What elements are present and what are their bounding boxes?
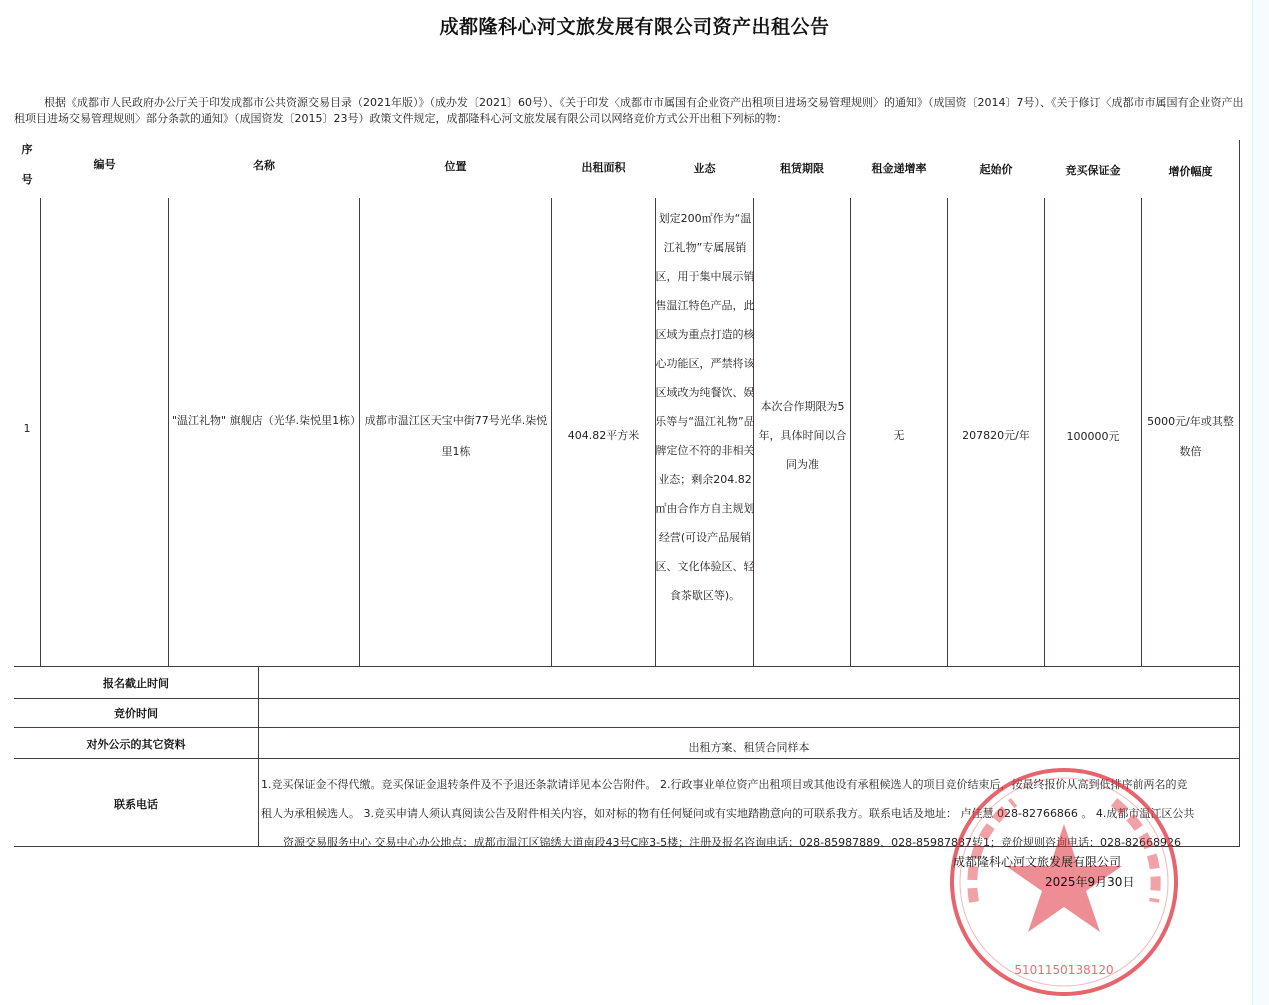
header-rent-increase: 租金递增率 bbox=[851, 160, 947, 176]
cell-seq: 1 bbox=[14, 422, 40, 435]
signature-company: 成都隆科心河文旅发展有限公司 bbox=[953, 853, 1121, 870]
cell-business: 划定200㎡作为“温江礼物”专属展销区，用于集中展示销售温江特色产品，此区域为重… bbox=[655, 204, 755, 610]
header-name: 名称 bbox=[169, 157, 359, 173]
header-seq-bottom: 号 bbox=[14, 171, 40, 187]
header-term: 租赁期限 bbox=[754, 160, 850, 176]
scrollbar-track[interactable] bbox=[1252, 0, 1269, 1005]
contact-label: 联系电话 bbox=[14, 796, 258, 812]
intro-paragraph: 根据《成都市人民政府办公厅关于印发成都市公共资源交易目录（2021年版）》（成办… bbox=[14, 95, 1246, 127]
registration-deadline-label: 报名截止时间 bbox=[14, 675, 258, 691]
page-title: 成都隆科心河文旅发展有限公司资产出租公告 bbox=[0, 12, 1269, 39]
header-seq-top: 序 bbox=[14, 141, 40, 157]
contact-note-line: 租人为承租候选人。 3.竞买申请人须认真阅读公告及附件相关内容，如对标的物有任何… bbox=[261, 799, 1246, 828]
contact-note-line: 1.竞买保证金不得代缴。竞买保证金退转条件及不予退还条款请详见本公告附件。 2.… bbox=[261, 770, 1246, 799]
header-bid-increment: 增价幅度 bbox=[1142, 163, 1239, 179]
header-deposit: 竞买保证金 bbox=[1045, 162, 1141, 178]
cell-bid-increment: 5000元/年或其整数倍 bbox=[1142, 407, 1239, 467]
contact-notes: 1.竞买保证金不得代缴。竞买保证金退转条件及不予退还条款请详见本公告附件。 2.… bbox=[261, 770, 1246, 857]
other-materials-value: 出租方案、租赁合同样本 bbox=[259, 739, 1239, 755]
cell-start-price: 207820元/年 bbox=[948, 427, 1044, 443]
header-location: 位置 bbox=[360, 158, 551, 174]
cell-rent-increase: 无 bbox=[851, 427, 947, 443]
cell-name: "温江礼物" 旗舰店（光华.柒悦里1栋） bbox=[172, 405, 358, 436]
header-area: 出租面积 bbox=[552, 159, 655, 175]
header-business: 业态 bbox=[656, 160, 753, 176]
other-materials-label: 对外公示的其它资料 bbox=[14, 736, 258, 752]
signature-date: 2025年9月30日 bbox=[1045, 873, 1134, 890]
bidding-time-label: 竞价时间 bbox=[14, 705, 258, 721]
header-code: 编号 bbox=[41, 156, 168, 172]
svg-text:5101150138120: 5101150138120 bbox=[1014, 963, 1113, 977]
header-start-price: 起始价 bbox=[948, 161, 1044, 177]
cell-deposit: 100000元 bbox=[1045, 428, 1141, 444]
cell-area: 404.82平方米 bbox=[552, 427, 655, 443]
cell-term: 本次合作期限为5年，具体时间以合同为准 bbox=[755, 392, 850, 479]
cell-location: 成都市温江区天宝中街77号光华.柒悦里1栋 bbox=[361, 405, 551, 467]
